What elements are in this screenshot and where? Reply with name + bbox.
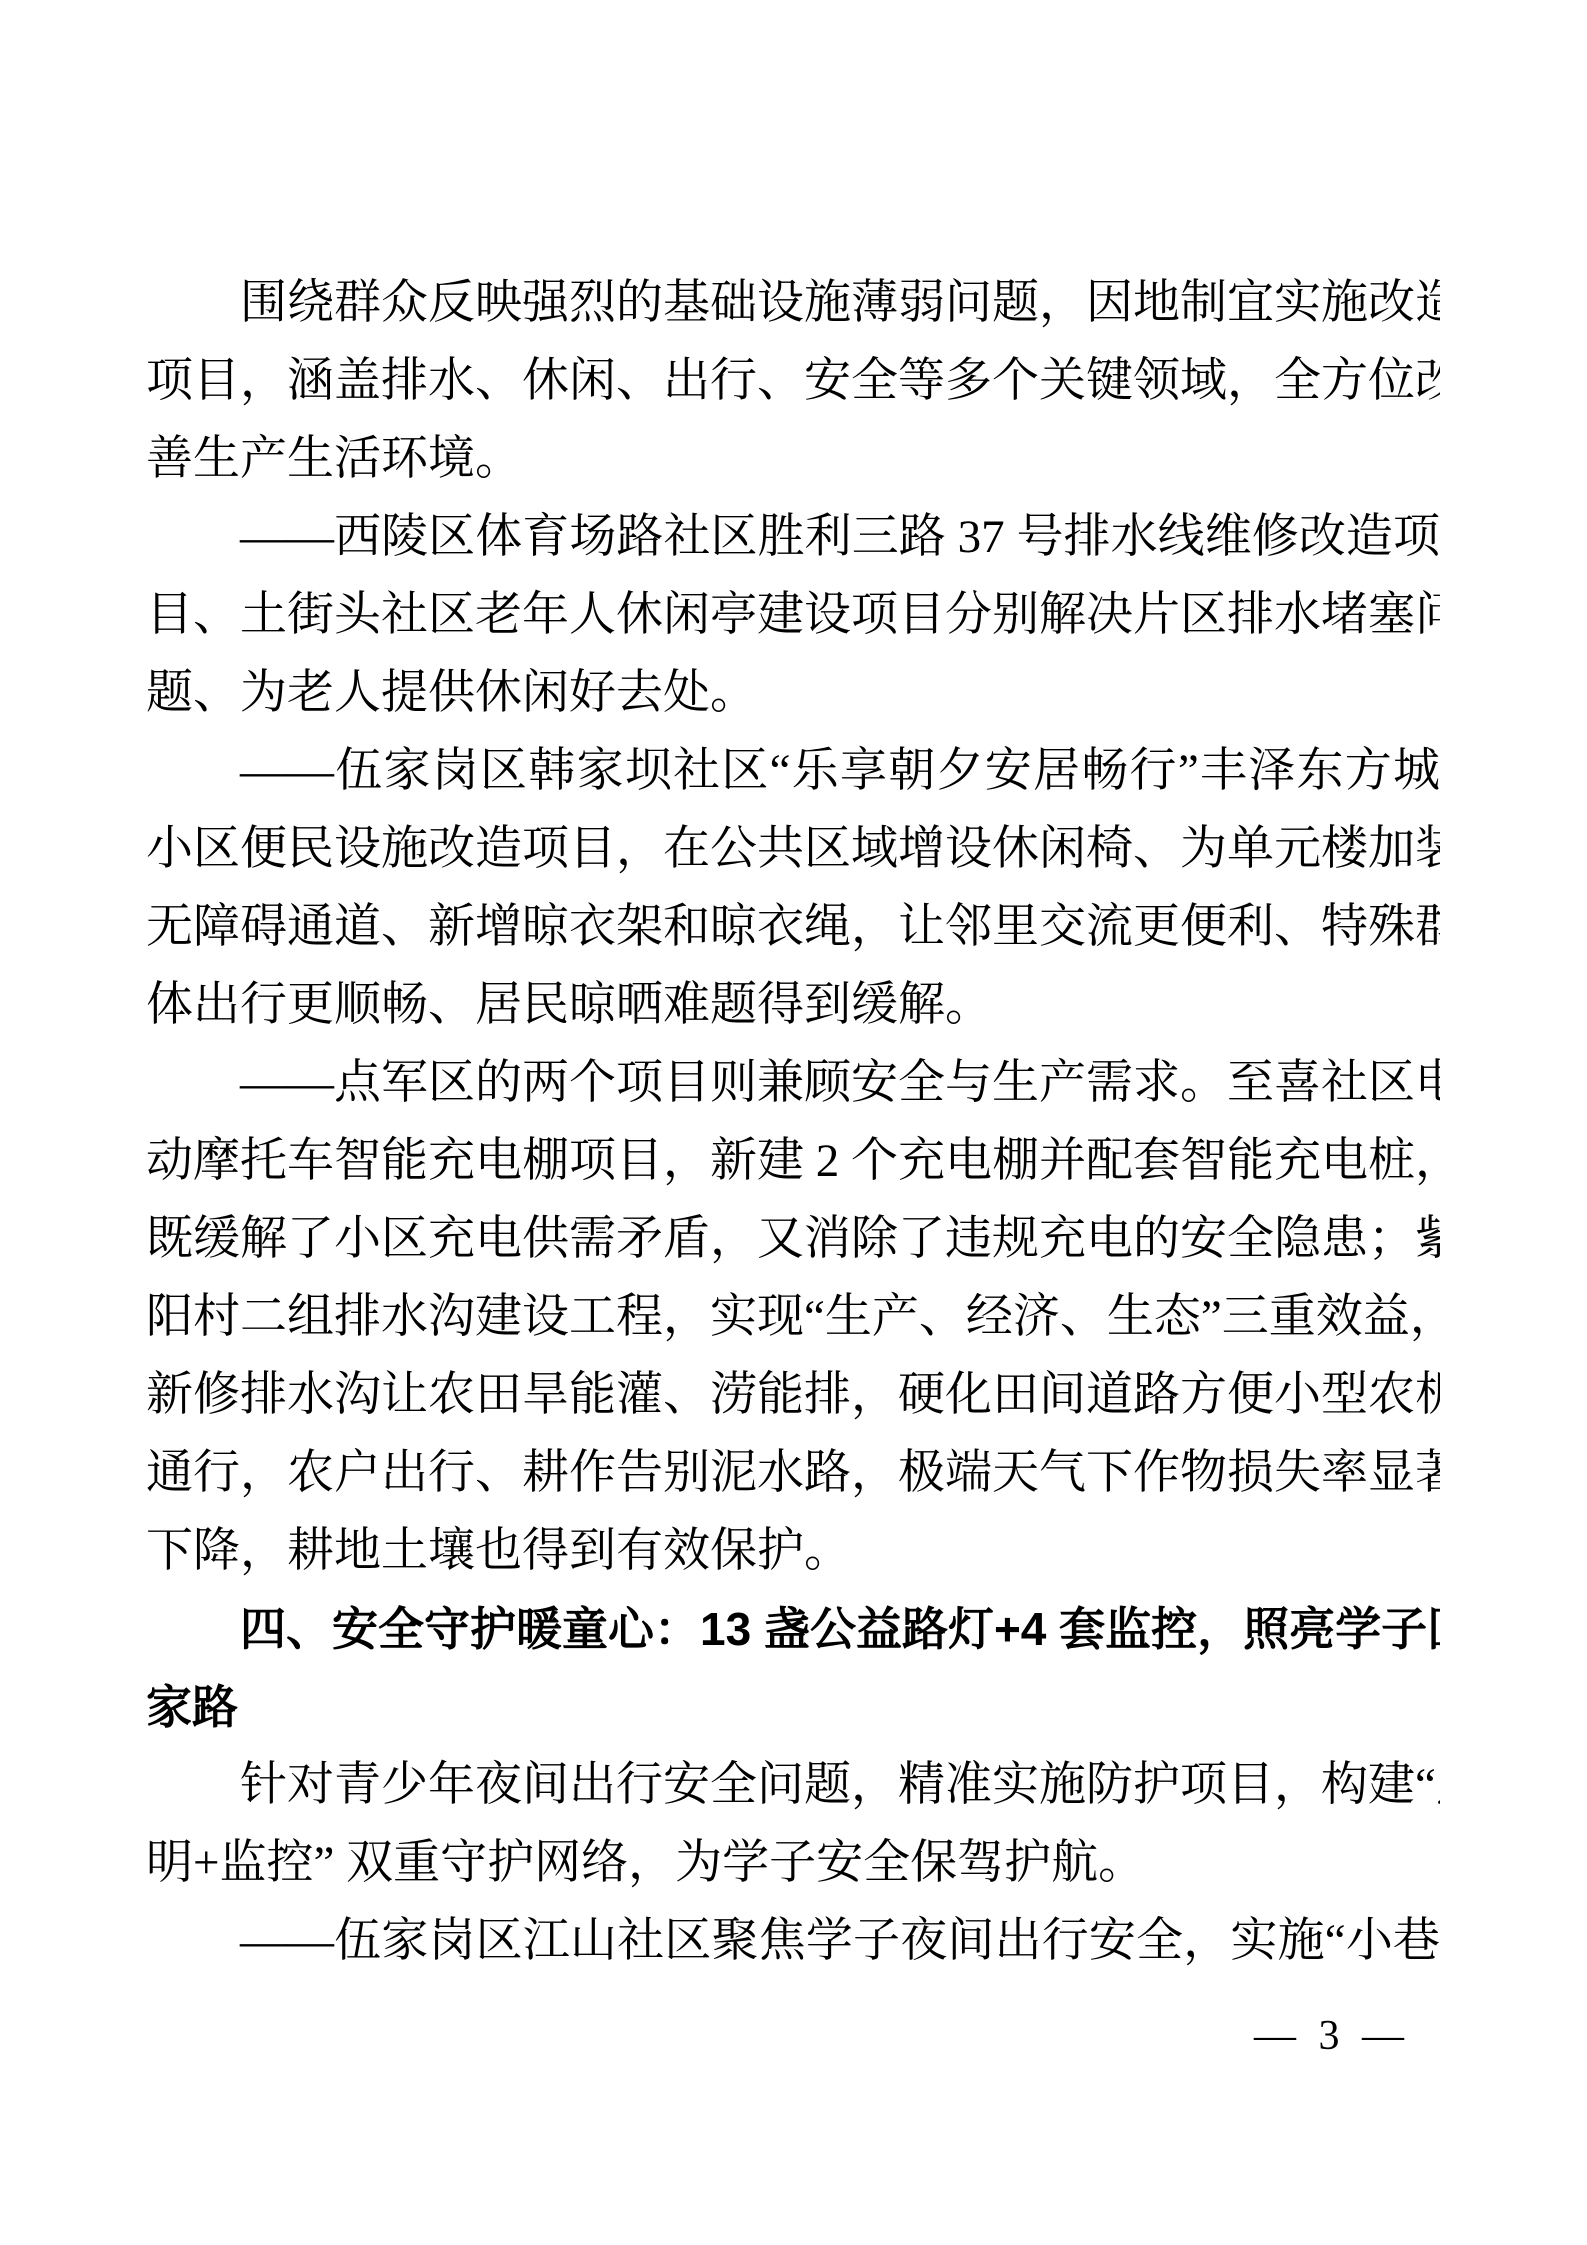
paragraph-xiling-projects: ——西陵区体育场路社区胜利三路 37 号排水线维修改造项 目、土街头社区老年人休…	[146, 498, 1440, 732]
paragraph-line: ——点军区的两个项目则兼顾安全与生产需求。至喜社区电	[146, 1044, 1440, 1122]
paragraph-line: 项目，涵盖排水、休闲、出行、安全等多个关键领域，全方位改	[146, 342, 1440, 420]
paragraph-line: 新修排水沟让农田旱能灌、涝能排，硬化田间道路方便小型农机	[146, 1356, 1440, 1434]
paragraph-line: 明+监控” 双重守护网络，为学子安全保驾护航。	[146, 1824, 1440, 1902]
paragraph-intro: 围绕群众反映强烈的基础设施薄弱问题，因地制宜实施改造 项目，涵盖排水、休闲、出行…	[146, 264, 1440, 498]
paragraph-line: ——西陵区体育场路社区胜利三路 37 号排水线维修改造项	[146, 498, 1440, 576]
page-number: — 3 —	[1254, 2006, 1410, 2066]
paragraph-line: 目、土街头社区老年人休闲亭建设项目分别解决片区排水堵塞问	[146, 576, 1440, 654]
paragraph-line: 既缓解了小区充电供需矛盾，又消除了违规充电的安全隐患；紫	[146, 1200, 1440, 1278]
paragraph-line: 针对青少年夜间出行安全问题，精准实施防护项目，构建“照	[146, 1746, 1440, 1824]
section-heading-line: 四、安全守护暖童心：13 盏公益路灯+4 套监控，照亮学子回	[146, 1590, 1440, 1668]
paragraph-safety-intro: 针对青少年夜间出行安全问题，精准实施防护项目，构建“照 明+监控” 双重守护网络…	[146, 1746, 1440, 1902]
paragraph-line: ——伍家岗区江山社区聚焦学子夜间出行安全，实施“小巷	[146, 1902, 1440, 1980]
section-heading-line: 家路	[146, 1668, 1440, 1746]
paragraph-line: ——伍家岗区韩家坝社区“乐享朝夕安居畅行”丰泽东方城	[146, 732, 1440, 810]
paragraph-wujiagang-projects: ——伍家岗区韩家坝社区“乐享朝夕安居畅行”丰泽东方城 小区便民设施改造项目，在公…	[146, 732, 1440, 1044]
paragraph-line: 无障碍通道、新增晾衣架和晾衣绳，让邻里交流更便利、特殊群	[146, 888, 1440, 966]
paragraph-dianjun-projects: ——点军区的两个项目则兼顾安全与生产需求。至喜社区电 动摩托车智能充电棚项目，新…	[146, 1044, 1440, 1590]
paragraph-line: 围绕群众反映强烈的基础设施薄弱问题，因地制宜实施改造	[146, 264, 1440, 342]
paragraph-line: 通行，农户出行、耕作告别泥水路，极端天气下作物损失率显著	[146, 1434, 1440, 1512]
document-body: 围绕群众反映强烈的基础设施薄弱问题，因地制宜实施改造 项目，涵盖排水、休闲、出行…	[146, 264, 1440, 1980]
paragraph-line: 阳村二组排水沟建设工程，实现“生产、经济、生态”三重效益，	[146, 1278, 1440, 1356]
paragraph-line: 小区便民设施改造项目，在公共区域增设休闲椅、为单元楼加装	[146, 810, 1440, 888]
paragraph-line: 下降，耕地土壤也得到有效保护。	[146, 1512, 1440, 1590]
paragraph-line: 体出行更顺畅、居民晾晒难题得到缓解。	[146, 966, 1440, 1044]
paragraph-line: 善生产生活环境。	[146, 420, 1440, 498]
paragraph-line: 动摩托车智能充电棚项目，新建 2 个充电棚并配套智能充电桩，	[146, 1122, 1440, 1200]
paragraph-jiangshan-community: ——伍家岗区江山社区聚焦学子夜间出行安全，实施“小巷	[146, 1902, 1440, 1980]
section-heading-4: 四、安全守护暖童心：13 盏公益路灯+4 套监控，照亮学子回 家路	[146, 1590, 1440, 1746]
document-page: 围绕群众反映强烈的基础设施薄弱问题，因地制宜实施改造 项目，涵盖排水、休闲、出行…	[0, 0, 1587, 2245]
paragraph-line: 题、为老人提供休闲好去处。	[146, 654, 1440, 732]
